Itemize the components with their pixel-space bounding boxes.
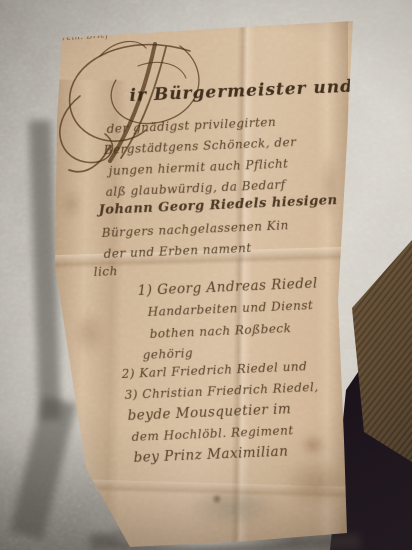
body-line: Handarbeiten und Dienst: [147, 298, 313, 319]
paper-stain: [212, 494, 222, 504]
body-line: bothen nach Roßbeck: [149, 321, 291, 341]
paper-stain: [282, 458, 352, 510]
list-item-3: 3) Christian Friedrich Riedel,: [124, 380, 318, 402]
photo-of-document: Frein: Brief ir Bürgermeister und Rath d…: [0, 0, 412, 550]
body-line: dem Hochlöbl. Regiment: [131, 423, 293, 444]
paper-stain: [300, 434, 326, 456]
body-line: lich: [93, 264, 118, 279]
body-line: gehörig: [142, 346, 193, 362]
paper-stain: [72, 310, 106, 356]
list-item-1: 1) Georg Andreas Riedel: [137, 275, 318, 299]
paper-stain: [188, 486, 280, 528]
body-line: der und Erben nament: [103, 241, 251, 261]
paper-stain: [60, 188, 82, 220]
paper-stain: [318, 150, 340, 220]
body-line: beyde Mousquetier im: [127, 401, 291, 424]
body-line: bey Prinz Maximilian: [133, 444, 288, 466]
body-line: Bürgers nachgelassenen Kin: [101, 218, 289, 240]
list-item-2: 2) Karl Friedrich Riedel und: [121, 359, 307, 381]
